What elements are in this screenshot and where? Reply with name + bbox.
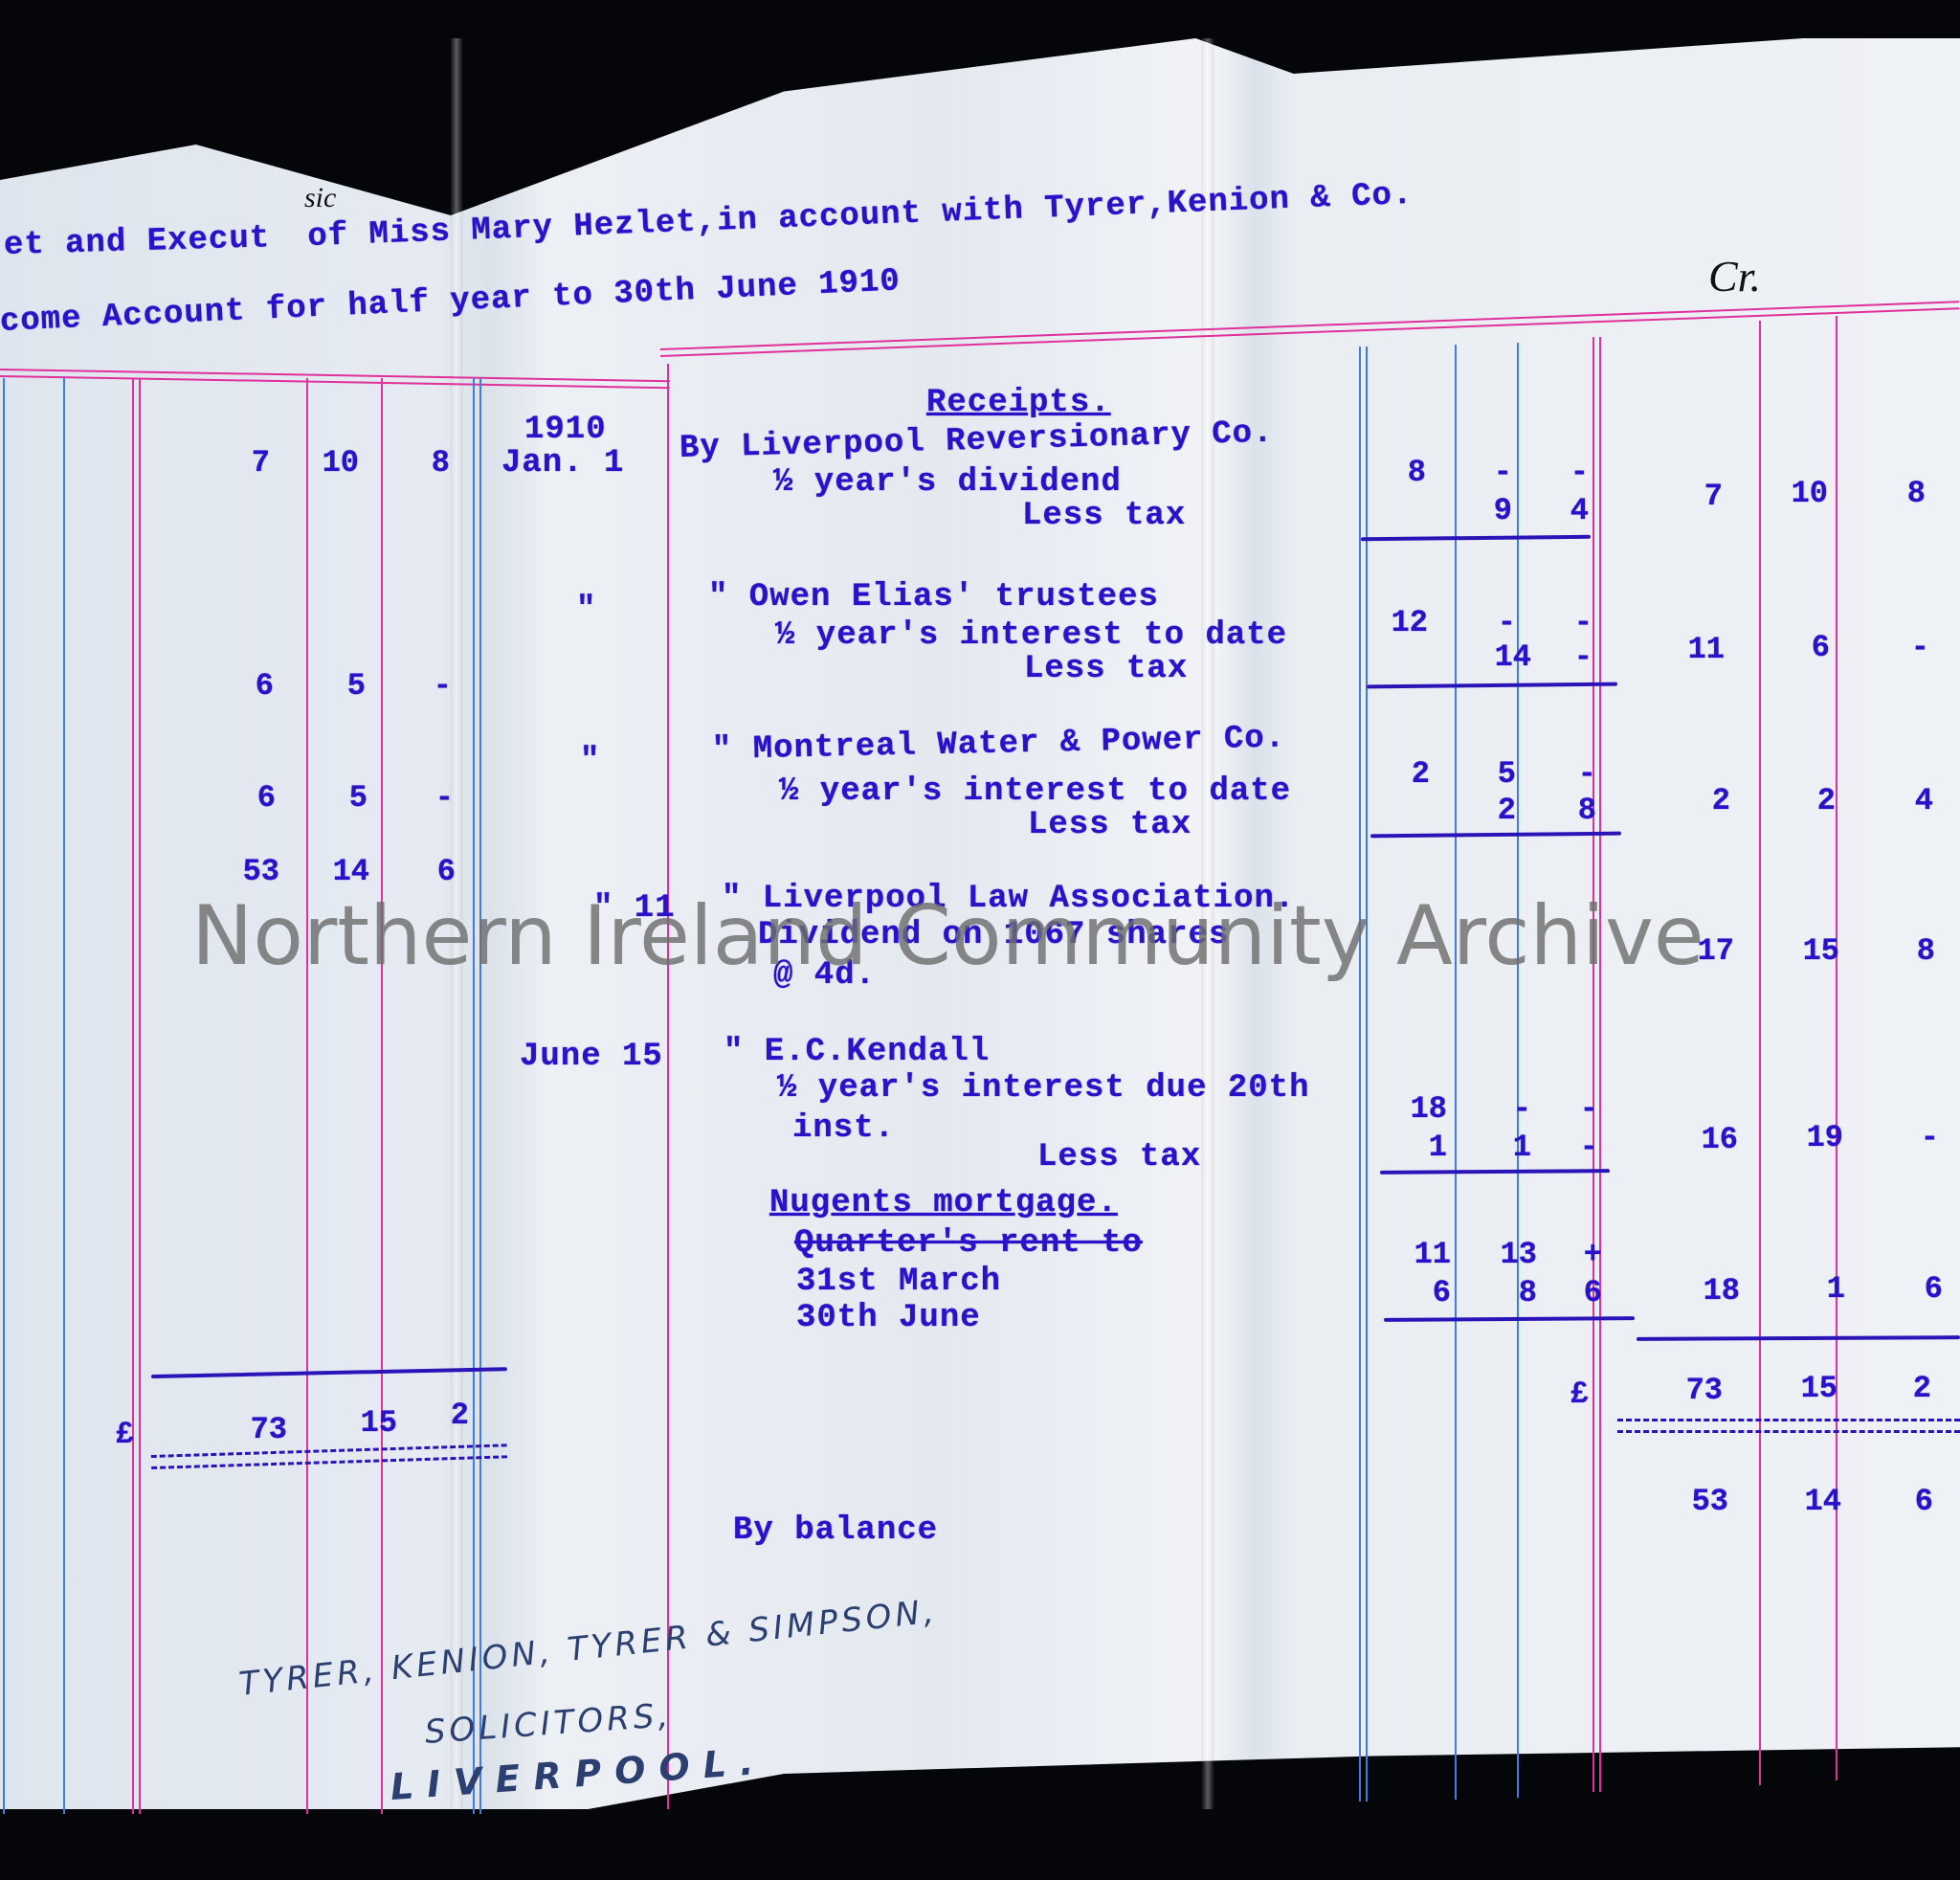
amount-pounds: 6 xyxy=(216,668,274,704)
column-rule xyxy=(1517,343,1519,1798)
amount-pounds: 53 xyxy=(222,854,279,889)
column-rule xyxy=(667,364,669,1809)
entry-description: ½ year's dividend xyxy=(773,464,1122,501)
net-shillings: 2 xyxy=(1778,783,1836,818)
entry-description: 30th June xyxy=(796,1300,981,1336)
amount-pence: 8 xyxy=(392,445,450,481)
entry-description: Quarter's rent to xyxy=(794,1225,1143,1262)
column-rule xyxy=(381,378,383,1814)
entry-description: " E.C.Kendall xyxy=(724,1034,990,1070)
credit-side-label: Cr. xyxy=(1708,251,1761,302)
amount-shillings: 5 xyxy=(310,780,367,816)
tax-pence: 8 xyxy=(1539,793,1596,828)
entry-description: ½ year's interest to date xyxy=(779,773,1291,810)
tax-pence: 6 xyxy=(1545,1275,1602,1310)
gross-pounds: 2 xyxy=(1372,756,1430,792)
amount-pence: - xyxy=(394,668,452,704)
column-rule xyxy=(1836,316,1837,1780)
net-pence: - xyxy=(1882,1120,1939,1155)
column-rule xyxy=(1759,321,1761,1785)
currency-symbol: £ xyxy=(96,1417,134,1452)
gross-shillings: - xyxy=(1474,1091,1531,1127)
net-shillings: 10 xyxy=(1771,476,1828,511)
entry-date: " xyxy=(576,592,596,628)
entry-description: ½ year's interest due 20th xyxy=(777,1070,1310,1107)
gross-pounds: 8 xyxy=(1369,455,1426,490)
entry-description: inst. xyxy=(792,1110,895,1147)
column-rule xyxy=(1592,337,1601,1792)
amount-pence: 6 xyxy=(398,854,456,889)
net-shillings: 19 xyxy=(1786,1120,1843,1155)
total-double-rule xyxy=(1617,1419,1960,1433)
tax-shillings: 9 xyxy=(1455,493,1512,528)
net-pence: 6 xyxy=(1885,1271,1943,1307)
gross-pence: - xyxy=(1539,756,1596,792)
column-rule xyxy=(132,378,141,1814)
tax-shillings: 14 xyxy=(1474,639,1531,675)
gross-shillings: 13 xyxy=(1480,1237,1537,1272)
tax-pence: - xyxy=(1535,639,1592,675)
entry-description: ½ year's interest to date xyxy=(775,617,1287,654)
entry-description: Less tax xyxy=(1028,807,1192,843)
column-rule xyxy=(3,378,5,1814)
balance-pence: 6 xyxy=(1876,1484,1933,1519)
entry-description: Less tax xyxy=(1024,651,1188,687)
gross-shillings: - xyxy=(1459,605,1516,640)
total-shillings: 15 xyxy=(340,1405,397,1441)
account-title-left: et and Execut xyxy=(3,220,270,264)
net-pence: 4 xyxy=(1876,783,1933,818)
balance-label: By balance xyxy=(733,1512,938,1549)
gross-pence: - xyxy=(1531,455,1589,490)
archive-watermark: Northern Ireland Community Archive xyxy=(191,888,1704,984)
amount-pounds: 6 xyxy=(218,780,276,816)
net-pounds: 7 xyxy=(1665,479,1723,514)
amount-shillings: 14 xyxy=(312,854,369,889)
entry-description: Less tax xyxy=(1022,498,1186,534)
total-pence: 2 xyxy=(1874,1371,1931,1406)
handwritten-correction: sic xyxy=(304,182,336,214)
total-pounds: 73 xyxy=(1665,1373,1723,1408)
net-pounds: 16 xyxy=(1681,1122,1738,1157)
balance-pounds: 53 xyxy=(1671,1484,1728,1519)
tax-pence: - xyxy=(1541,1130,1598,1165)
gross-pence: - xyxy=(1535,605,1592,640)
tax-pence: 4 xyxy=(1531,493,1589,528)
gross-pence: - xyxy=(1541,1091,1598,1127)
amount-pounds: 7 xyxy=(212,445,270,481)
net-pence: 8 xyxy=(1868,476,1926,511)
gross-pounds: 12 xyxy=(1370,605,1428,640)
currency-symbol: £ xyxy=(1550,1376,1589,1412)
net-pence: - xyxy=(1872,630,1929,665)
amount-pence: - xyxy=(396,780,454,816)
tax-shillings: 1 xyxy=(1474,1130,1531,1165)
gross-shillings: - xyxy=(1455,455,1512,490)
amount-shillings: 10 xyxy=(301,445,359,481)
gross-pounds: 11 xyxy=(1393,1237,1451,1272)
entry-description: " Owen Elias' trustees xyxy=(708,579,1159,615)
balance-shillings: 14 xyxy=(1784,1484,1841,1519)
net-pounds: 11 xyxy=(1667,632,1725,667)
gross-shillings: 5 xyxy=(1459,756,1516,792)
entry-description: Nugents mortgage. xyxy=(769,1185,1118,1221)
column-rule xyxy=(473,378,481,1814)
total-pounds: 73 xyxy=(230,1412,287,1447)
net-pounds: 18 xyxy=(1682,1273,1740,1309)
net-shillings: 6 xyxy=(1772,630,1830,665)
tax-pounds: 1 xyxy=(1390,1130,1447,1165)
tax-pounds: 6 xyxy=(1393,1275,1451,1310)
net-shillings: 1 xyxy=(1788,1271,1845,1307)
tax-shillings: 8 xyxy=(1480,1275,1537,1310)
amount-shillings: 5 xyxy=(308,668,366,704)
total-shillings: 15 xyxy=(1780,1371,1837,1406)
receipts-heading: Receipts. xyxy=(926,385,1111,421)
net-shillings: 15 xyxy=(1782,933,1839,969)
entry-description: Less tax xyxy=(1037,1139,1201,1175)
tax-shillings: 2 xyxy=(1459,793,1516,828)
entry-description: 31st March xyxy=(796,1264,1001,1300)
column-rule xyxy=(63,378,65,1814)
column-rule xyxy=(1455,345,1457,1800)
gross-pence: + xyxy=(1545,1237,1602,1272)
net-pounds: 2 xyxy=(1673,783,1730,818)
year-label: 1910 xyxy=(524,412,607,448)
entry-date: " xyxy=(580,743,600,779)
net-pence: 8 xyxy=(1878,933,1935,969)
entry-date: Jan. 1 xyxy=(501,445,624,481)
column-rule xyxy=(1359,347,1368,1802)
gross-pounds: 18 xyxy=(1390,1091,1447,1127)
entry-date: June 15 xyxy=(520,1039,663,1075)
column-rule xyxy=(306,378,308,1814)
total-pence: 2 xyxy=(412,1398,469,1433)
